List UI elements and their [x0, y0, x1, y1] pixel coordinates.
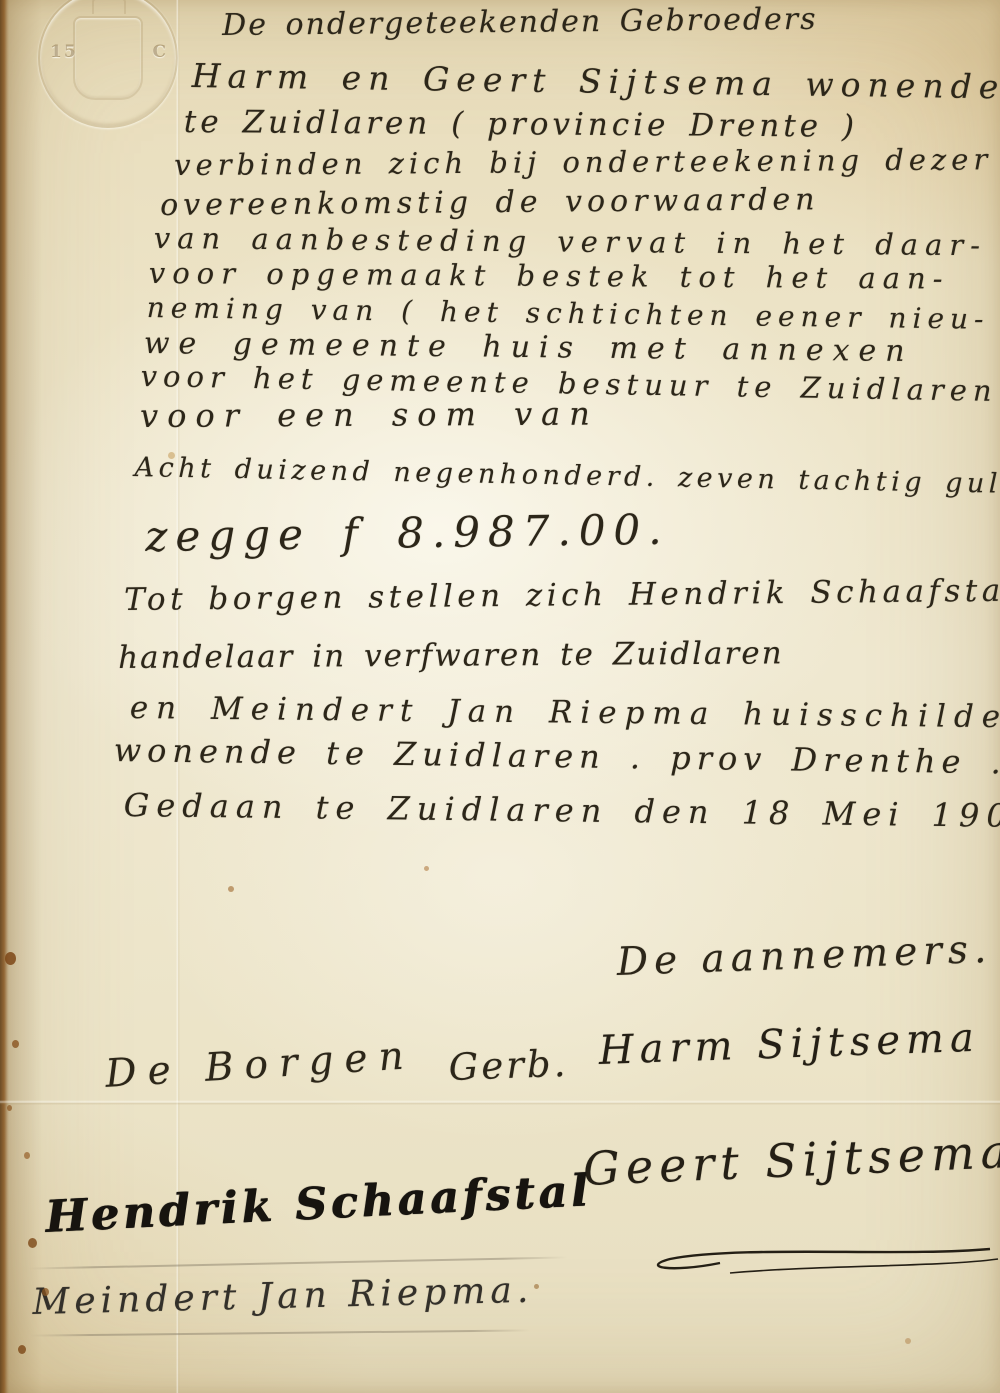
text-line: wonende te Zuidlaren . prov Drenthe . [113, 731, 1000, 781]
text-line: voor een som van [140, 395, 599, 435]
stain-spot [28, 1238, 37, 1248]
signature-harm-sijtsema: Harm Sijtsema [598, 1015, 981, 1074]
amount-in-words-line: Acht duizend negenhonderd. zeven tachtig… [134, 452, 1000, 501]
text-line: voor opgemaakt bestek tot het aan- [149, 256, 950, 296]
stain-spot [168, 452, 175, 459]
seal-shield-icon [73, 16, 143, 100]
text-line: Tot borgen stellen zich Hendrik Schaafst… [124, 573, 1000, 618]
stain-spot [18, 1345, 26, 1354]
text-line: overeenkomstig de voorwaarden [160, 182, 820, 223]
document-page: 15 C De ondergeteekenden Gebroeders Harm… [0, 0, 1000, 1393]
text-line: Harm en Geert Sijtsema wonende [191, 56, 1000, 106]
signature-underline-flourish [520, 1215, 1000, 1285]
horizontal-fold-crease [0, 1100, 1000, 1105]
text-line: en Meindert Jan Riepma huisschilder [130, 690, 1000, 735]
embossed-revenue-seal: 15 C [38, 0, 178, 128]
seal-denomination-unit: C [152, 42, 168, 62]
text-line: te Zuidlaren ( provincie Drente ) [184, 104, 858, 145]
signature-hendrik-schaafstal: Hendrik Schaafstal [44, 1165, 593, 1243]
sureties-heading: De Borgen [104, 1033, 416, 1097]
stain-spot [424, 866, 429, 871]
contractors-heading: De aannemers. [616, 927, 993, 985]
stain-spot [534, 1284, 539, 1289]
pencil-guide-line [30, 1329, 530, 1336]
seal-denomination-value: 15 [50, 42, 78, 62]
stain-spot [5, 952, 16, 965]
sureties-heading-abbrev: Gerb. [448, 1042, 569, 1089]
text-line: handelaar in verfwaren te Zuidlaren [118, 635, 784, 676]
stain-spot [12, 1040, 19, 1048]
date-place-line: Gedaan te Zuidlaren den 18 Mei 1908. [124, 786, 1000, 835]
signature-geert-sijtsema: Geert Sijtsema [582, 1124, 1000, 1196]
text-line: verbinden zich bij onderteekening dezer [174, 142, 992, 182]
stain-spot [228, 886, 234, 892]
stain-spot [7, 1105, 12, 1111]
pencil-guide-line [28, 1256, 568, 1269]
stain-spot [24, 1152, 30, 1159]
seal-crown-icon [92, 0, 126, 14]
stain-spot [42, 1288, 49, 1296]
signature-meindert-jan-riepma: Meindert Jan Riepma. [32, 1270, 534, 1323]
text-line: De ondergeteekenden Gebroeders [222, 2, 818, 43]
binding-edge [0, 0, 9, 1393]
amount-in-figures-line: zegge f 8.987.00. [145, 505, 670, 561]
stain-spot [905, 1338, 911, 1344]
